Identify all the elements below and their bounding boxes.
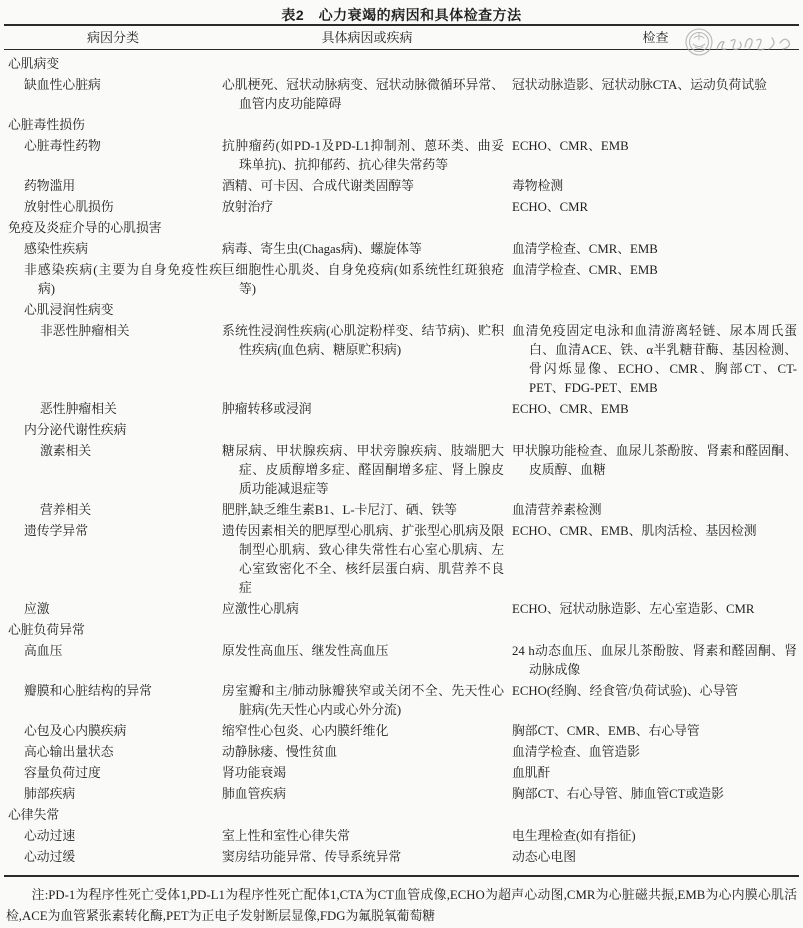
specific-cause-cell: 糖尿病、甲状腺疾病、甲状旁腺疾病、肢端肥大症、皮质醇增多症、醛固酮增多症、肾上腺… [222, 442, 512, 499]
cause-category-cell: 心包及心内膜疾病 [4, 722, 222, 741]
specific-cause-cell: 肿瘤转移或浸润 [222, 400, 512, 419]
table-title: 表2 心力衰竭的病因和具体检查方法 [0, 0, 803, 24]
cause-category-cell: 肺部疾病 [4, 785, 222, 804]
table-row: 感染性疾病 病毒、寄生虫(Chagas病)、螺旋体等 血清学检查、CMR、EMB [4, 240, 799, 259]
table-row: 应激 应激性心肌病 ECHO、冠状动脉造影、左心室造影、CMR [4, 600, 799, 619]
cause-category-cell: 容量负荷过度 [4, 764, 222, 783]
table-row: 遗传学异常 遗传因素相关的肥厚型心肌病、扩张型心肌病及限制型心肌病、致心律失常性… [4, 522, 799, 598]
cause-category-cell: 非恶性肿瘤相关 [4, 322, 222, 398]
table-row: 肺部疾病 肺血管疾病 胸部CT、右心导管、肺血管CT或造影 [4, 785, 799, 804]
table-row: 心包及心内膜疾病 缩窄性心包炎、心内膜纤维化 胸部CT、CMR、EMB、右心导管 [4, 722, 799, 741]
cause-category-cell: 恶性肿瘤相关 [4, 400, 222, 419]
specific-cause-cell: 室上性和室性心律失常 [222, 827, 512, 846]
cause-category-cell: 非感染疾病(主要为自身免疫性疾病) [4, 261, 222, 299]
table-row: 心律失常 [4, 806, 799, 825]
specific-cause-cell: 系统性浸润性疾病(心肌淀粉样变、结节病)、贮积性疾病(血色病、糖原贮积病) [222, 322, 512, 398]
cause-category-cell: 高血压 [4, 642, 222, 680]
specific-cause-cell: 窦房结功能异常、传导系统异常 [222, 848, 512, 867]
specific-cause-cell [222, 55, 512, 74]
table-row: 心脏毒性损伤 [4, 116, 799, 135]
specific-cause-cell: 遗传因素相关的肥厚型心肌病、扩张型心肌病及限制型心肌病、致心律失常性右心室心肌病… [222, 522, 512, 598]
cause-category-cell: 心脏毒性药物 [4, 137, 222, 175]
specific-cause-cell: 肺血管疾病 [222, 785, 512, 804]
examination-cell: ECHO、CMR、EMB [512, 400, 799, 419]
cause-category-cell: 营养相关 [4, 501, 222, 520]
specific-cause-cell: 肾功能衰竭 [222, 764, 512, 783]
specific-cause-cell: 肥胖,缺乏维生素B1、L-卡尼汀、硒、铁等 [222, 501, 512, 520]
table-row: 非恶性肿瘤相关 系统性浸润性疾病(心肌淀粉样变、结节病)、贮积性疾病(血色病、糖… [4, 322, 799, 398]
examination-cell: ECHO、CMR [512, 198, 799, 217]
cause-category-cell: 缺血性心脏病 [4, 76, 222, 114]
table-row: 容量负荷过度 肾功能衰竭 血肌酐 [4, 764, 799, 783]
cause-category-cell: 高心输出量状态 [4, 743, 222, 762]
header-specific-cause: 具体病因或疾病 [222, 30, 512, 45]
table-row: 心动过速 室上性和室性心律失常 电生理检查(如有指征) [4, 827, 799, 846]
examination-cell: 24 h动态血压、血尿儿茶酚胺、肾素和醛固酮、肾动脉成像 [512, 642, 799, 680]
table-row: 高心输出量状态 动静脉瘘、慢性贫血 血清学检查、血管造影 [4, 743, 799, 762]
examination-cell: 血清免疫固定电泳和血清游离轻链、尿本周氏蛋白、血清ACE、铁、α半乳糖苷酶、基因… [512, 322, 799, 398]
specific-cause-cell: 抗肿瘤药(如PD-1及PD-L1抑制剂、蒽环类、曲妥珠单抗)、抗抑郁药、抗心律失… [222, 137, 512, 175]
cause-category-cell: 感染性疾病 [4, 240, 222, 259]
table-row: 营养相关 肥胖,缺乏维生素B1、L-卡尼汀、硒、铁等 血清营养素检测 [4, 501, 799, 520]
cause-category-cell: 内分泌代谢性疾病 [4, 421, 222, 440]
cause-category-cell: 放射性心肌损伤 [4, 198, 222, 217]
cause-category-cell: 心肌病变 [4, 55, 222, 74]
examination-cell: 动态心电图 [512, 848, 799, 867]
cause-category-cell: 药物滥用 [4, 177, 222, 196]
table-row: 心脏负荷异常 [4, 621, 799, 640]
table-row: 内分泌代谢性疾病 [4, 421, 799, 440]
examination-cell: 电生理检查(如有指征) [512, 827, 799, 846]
cause-category-cell: 应激 [4, 600, 222, 619]
examination-cell: 血清学检查、CMR、EMB [512, 240, 799, 259]
examination-cell [512, 55, 799, 74]
cause-category-cell: 心肌浸润性病变 [4, 301, 222, 320]
table-row: 药物滥用 酒精、可卡因、合成代谢类固醇等 毒物检测 [4, 177, 799, 196]
specific-cause-cell [222, 301, 512, 320]
table-row: 恶性肿瘤相关 肿瘤转移或浸润 ECHO、CMR、EMB [4, 400, 799, 419]
specific-cause-cell [222, 621, 512, 640]
examination-cell [512, 621, 799, 640]
table-row: 高血压 原发性高血压、继发性高血压 24 h动态血压、血尿儿茶酚胺、肾素和醛固酮… [4, 642, 799, 680]
examination-cell [512, 301, 799, 320]
examination-cell: 冠状动脉造影、冠状动脉CTA、运动负荷试验 [512, 76, 799, 114]
cause-category-cell: 遗传学异常 [4, 522, 222, 598]
specific-cause-cell: 酒精、可卡因、合成代谢类固醇等 [222, 177, 512, 196]
cause-category-cell: 瓣膜和心脏结构的异常 [4, 682, 222, 720]
header-cause-category: 病因分类 [4, 30, 222, 45]
table-header-row: 病因分类 具体病因或疾病 检查 [4, 24, 799, 50]
table-row: 缺血性心脏病 心肌梗死、冠状动脉病变、冠状动脉微循环异常、血管内皮功能障碍 冠状… [4, 76, 799, 114]
specific-cause-cell [222, 219, 512, 238]
table-body: 心肌病变 缺血性心脏病 心肌梗死、冠状动脉病变、冠状动脉微循环异常、血管内皮功能… [4, 50, 799, 877]
examination-cell: 胸部CT、右心导管、肺血管CT或造影 [512, 785, 799, 804]
examination-cell: ECHO(经胸、经食管/负荷试验)、心导管 [512, 682, 799, 720]
examination-cell: 胸部CT、CMR、EMB、右心导管 [512, 722, 799, 741]
specific-cause-cell [222, 116, 512, 135]
examination-cell: ECHO、CMR、EMB [512, 137, 799, 175]
cause-category-cell: 激素相关 [4, 442, 222, 499]
examination-cell: ECHO、冠状动脉造影、左心室造影、CMR [512, 600, 799, 619]
specific-cause-cell: 应激性心肌病 [222, 600, 512, 619]
table-row: 心脏毒性药物 抗肿瘤药(如PD-1及PD-L1抑制剂、蒽环类、曲妥珠单抗)、抗抑… [4, 137, 799, 175]
examination-cell [512, 806, 799, 825]
examination-cell [512, 421, 799, 440]
table-footnote: 注:PD-1为程序性死亡受体1,PD-L1为程序性死亡配体1,CTA为CT血管成… [6, 885, 797, 927]
cause-category-cell: 心动过速 [4, 827, 222, 846]
examination-cell [512, 219, 799, 238]
specific-cause-cell: 原发性高血压、继发性高血压 [222, 642, 512, 680]
examination-cell: 毒物检测 [512, 177, 799, 196]
examination-cell: 血清学检查、血管造影 [512, 743, 799, 762]
specific-cause-cell [222, 806, 512, 825]
journal-table-page: 表2 心力衰竭的病因和具体检查方法 病因分类 具体病因或疾病 检查 心肌病变 缺… [0, 0, 803, 928]
table-row: 激素相关 糖尿病、甲状腺疾病、甲状旁腺疾病、肢端肥大症、皮质醇增多症、醛固酮增多… [4, 442, 799, 499]
table-row: 免疫及炎症介导的心肌损害 [4, 219, 799, 238]
specific-cause-cell: 巨细胞性心肌炎、自身免疫病(如系统性红斑狼疮等) [222, 261, 512, 299]
table-row: 瓣膜和心脏结构的异常 房室瓣和主/肺动脉瓣狭窄或关闭不全、先天性心脏病(先天性心… [4, 682, 799, 720]
causes-examinations-table: 病因分类 具体病因或疾病 检查 心肌病变 缺血性心脏病 心肌梗死、冠状动脉病变、… [4, 24, 799, 877]
specific-cause-cell: 动静脉瘘、慢性贫血 [222, 743, 512, 762]
cause-category-cell: 心脏毒性损伤 [4, 116, 222, 135]
examination-cell: 甲状腺功能检查、血尿儿茶酚胺、肾素和醛固酮、皮质醇、血糖 [512, 442, 799, 499]
examination-cell: 血清学检查、CMR、EMB [512, 261, 799, 299]
examination-cell: 血清营养素检测 [512, 501, 799, 520]
table-row: 非感染疾病(主要为自身免疫性疾病) 巨细胞性心肌炎、自身免疫病(如系统性红斑狼疮… [4, 261, 799, 299]
specific-cause-cell: 放射治疗 [222, 198, 512, 217]
table-row: 心肌浸润性病变 [4, 301, 799, 320]
cause-category-cell: 心脏负荷异常 [4, 621, 222, 640]
cause-category-cell: 心律失常 [4, 806, 222, 825]
header-examination: 检查 [512, 30, 799, 45]
examination-cell [512, 116, 799, 135]
table-row: 心肌病变 [4, 55, 799, 74]
table-row: 心动过缓 窦房结功能异常、传导系统异常 动态心电图 [4, 848, 799, 867]
table-row: 放射性心肌损伤 放射治疗 ECHO、CMR [4, 198, 799, 217]
examination-cell: 血肌酐 [512, 764, 799, 783]
cause-category-cell: 心动过缓 [4, 848, 222, 867]
specific-cause-cell: 心肌梗死、冠状动脉病变、冠状动脉微循环异常、血管内皮功能障碍 [222, 76, 512, 114]
specific-cause-cell [222, 421, 512, 440]
specific-cause-cell: 病毒、寄生虫(Chagas病)、螺旋体等 [222, 240, 512, 259]
specific-cause-cell: 房室瓣和主/肺动脉瓣狭窄或关闭不全、先天性心脏病(先天性心内或心外分流) [222, 682, 512, 720]
examination-cell: ECHO、CMR、EMB、肌肉活检、基因检测 [512, 522, 799, 598]
cause-category-cell: 免疫及炎症介导的心肌损害 [4, 219, 222, 238]
specific-cause-cell: 缩窄性心包炎、心内膜纤维化 [222, 722, 512, 741]
